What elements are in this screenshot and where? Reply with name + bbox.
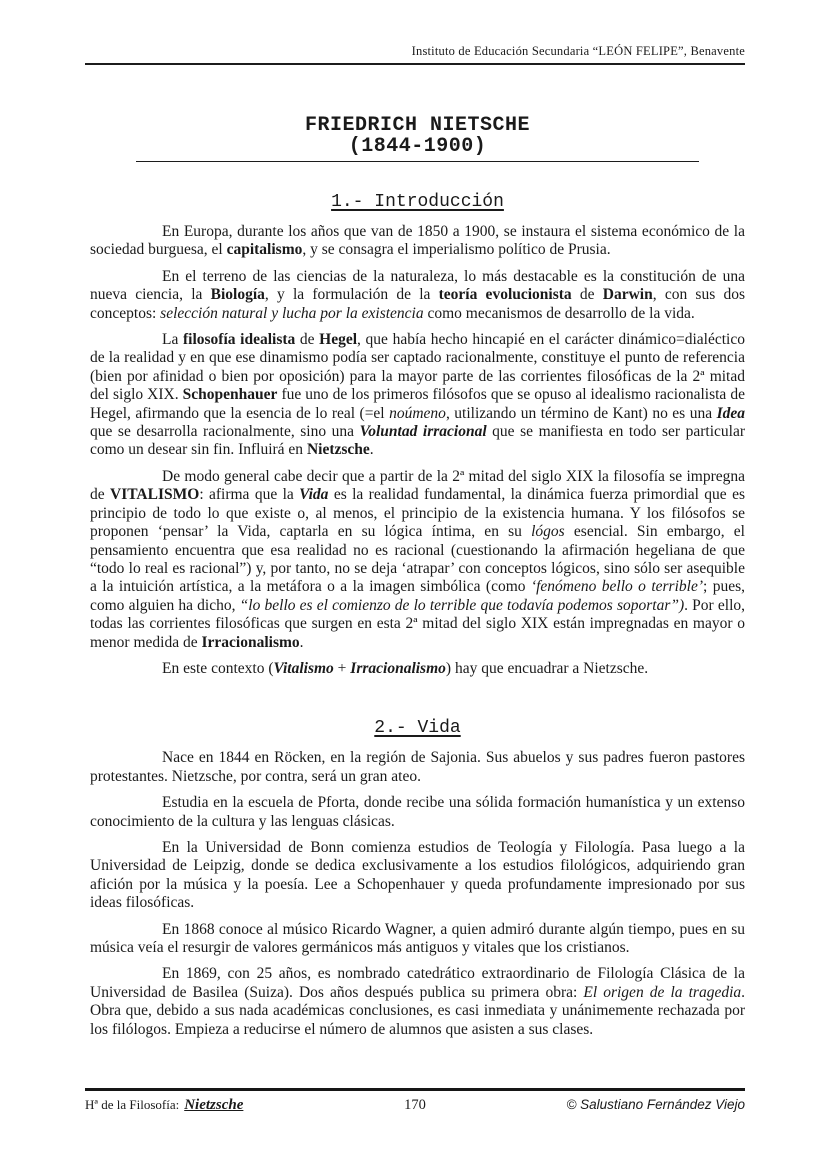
text-run: Irracionalismo bbox=[350, 660, 446, 677]
text-run: Nace en 1844 en Röcken, en la región de … bbox=[90, 749, 745, 784]
paragraph: En Europa, durante los años que van de 1… bbox=[90, 223, 745, 260]
text-run: Vitalismo bbox=[273, 660, 333, 677]
text-run: Voluntad irracional bbox=[360, 423, 487, 440]
text-run: En la Universidad de Bonn comienza estud… bbox=[90, 839, 745, 911]
text-run: filosofía idealista bbox=[183, 331, 295, 348]
text-run: , y la formulación de la bbox=[265, 286, 439, 303]
document-page: Instituto de Educación Secundaria “LEÓN … bbox=[0, 0, 828, 1171]
text-run: : afirma que la bbox=[199, 486, 299, 503]
text-run: Estudia en la escuela de Pforta, donde r… bbox=[90, 794, 745, 829]
footer-row: Hª de la Filosofía:Nietzsche 170 © Salus… bbox=[85, 1097, 745, 1114]
text-run: En este contexto ( bbox=[162, 660, 273, 677]
page-footer: Hª de la Filosofía:Nietzsche 170 © Salus… bbox=[85, 1088, 745, 1114]
section-1: 1.- IntroducciónEn Europa, durante los a… bbox=[90, 192, 745, 678]
text-run: de bbox=[295, 331, 319, 348]
text-run: teoría evolucionista bbox=[439, 286, 572, 303]
paragraph: De modo general cabe decir que a partir … bbox=[90, 468, 745, 652]
footer-course-title: Nietzsche bbox=[184, 1097, 243, 1113]
document-title-dates: (1844-1900) bbox=[90, 136, 745, 157]
text-run: Nietzsche bbox=[307, 441, 370, 458]
text-run: VITALISMO bbox=[110, 486, 199, 503]
paragraph: La filosofía idealista de Hegel, que hab… bbox=[90, 331, 745, 460]
paragraph: En 1868 conoce al músico Ricardo Wagner,… bbox=[90, 921, 745, 958]
document-title: FRIEDRICH NIETSCHE bbox=[90, 115, 745, 136]
text-run: Darwin bbox=[603, 286, 653, 303]
text-run: . bbox=[370, 441, 374, 458]
text-run: ‘fenómeno bello o terrible’ bbox=[531, 578, 703, 595]
text-run: ) hay que encuadrar a Nietzsche. bbox=[446, 660, 648, 677]
text-run: Irracionalismo bbox=[201, 634, 299, 651]
section-heading: 2.- Vida bbox=[90, 718, 745, 738]
paragraph: Estudia en la escuela de Pforta, donde r… bbox=[90, 794, 745, 831]
header-institution: Instituto de Educación Secundaria “LEÓN … bbox=[90, 44, 745, 59]
text-run: “lo bello es el comienzo de lo terrible … bbox=[240, 597, 684, 614]
text-run: selección natural y lucha por la existen… bbox=[160, 305, 423, 322]
text-run: que se desarrolla racionalmente, sino un… bbox=[90, 423, 360, 440]
text-run: , utilizando un término de Kant) no es u… bbox=[446, 405, 717, 422]
page-header: Instituto de Educación Secundaria “LEÓN … bbox=[90, 44, 745, 65]
header-rule bbox=[85, 63, 745, 65]
title-block: FRIEDRICH NIETSCHE (1844-1900) bbox=[90, 115, 745, 162]
text-run: + bbox=[334, 660, 351, 677]
text-run: El origen de la tragedia bbox=[583, 984, 741, 1001]
footer-course-label: Hª de la Filosofía: bbox=[85, 1097, 179, 1112]
document-body: 1.- IntroducciónEn Europa, durante los a… bbox=[90, 192, 745, 1039]
text-run: Hegel bbox=[319, 331, 357, 348]
footer-course: Hª de la Filosofía:Nietzsche bbox=[85, 1097, 404, 1114]
text-run: de bbox=[572, 286, 603, 303]
text-run: Idea bbox=[717, 405, 745, 422]
text-run: En 1868 conoce al músico Ricardo Wagner,… bbox=[90, 921, 745, 956]
section-heading: 1.- Introducción bbox=[90, 192, 745, 212]
text-run: La bbox=[162, 331, 183, 348]
text-run: Schopenhauer bbox=[183, 386, 278, 403]
title-rule bbox=[136, 161, 699, 162]
text-run: capitalismo bbox=[227, 241, 303, 258]
text-run: Vida bbox=[299, 486, 328, 503]
text-run: como mecanismos de desarrollo de la vida… bbox=[424, 305, 695, 322]
paragraph: En este contexto (Vitalismo + Irracional… bbox=[90, 660, 745, 678]
footer-copyright: © Salustiano Fernández Viejo bbox=[426, 1097, 745, 1112]
text-run: lógos bbox=[531, 523, 565, 540]
page-number: 170 bbox=[404, 1097, 426, 1114]
text-run: Biología bbox=[211, 286, 265, 303]
paragraph: En la Universidad de Bonn comienza estud… bbox=[90, 839, 745, 913]
text-run: , y se consagra el imperialismo político… bbox=[302, 241, 610, 258]
text-run: noúmeno bbox=[389, 405, 446, 422]
paragraph: En el terreno de las ciencias de la natu… bbox=[90, 268, 745, 323]
section-2: 2.- VidaNace en 1844 en Röcken, en la re… bbox=[90, 718, 745, 1039]
paragraph: Nace en 1844 en Röcken, en la región de … bbox=[90, 749, 745, 786]
text-run: . bbox=[300, 634, 304, 651]
paragraph: En 1869, con 25 años, es nombrado catedr… bbox=[90, 965, 745, 1039]
